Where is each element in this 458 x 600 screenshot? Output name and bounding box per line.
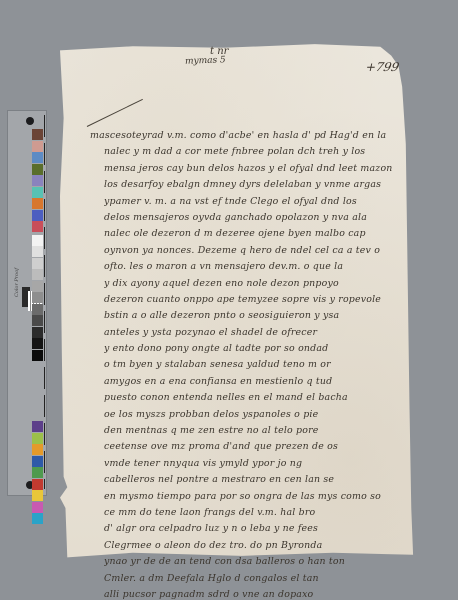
color-patch	[32, 490, 43, 501]
color-patch	[32, 129, 43, 140]
color-patch	[32, 152, 43, 163]
color-patch	[32, 164, 43, 175]
manuscript-line: anteles y ysta pozynao el shadel de ofre…	[104, 325, 424, 341]
manuscript-line: ypamer v. m. a na vst ef tnde Clego el o…	[104, 194, 424, 210]
color-patch	[32, 467, 43, 478]
manuscript-line: amygos en a ena confiansa en mestienlo q…	[104, 374, 424, 390]
manuscript-text: mascesoteyrad v.m. como d'acbe' en hasla…	[104, 128, 424, 600]
color-patch	[32, 513, 43, 524]
color-patch	[32, 338, 43, 349]
manuscript-line: oynvon ya nonces. Dezeme q hero de ndel …	[104, 243, 424, 259]
color-patch	[32, 350, 43, 361]
color-patch	[32, 221, 43, 232]
manuscript-line: vmde tener nnyqua vis ymyld ypor jo ng	[104, 456, 424, 472]
manuscript-line: d' algr ora celpadro luz y n o leba y ne…	[104, 521, 424, 537]
color-patch	[32, 444, 43, 455]
manuscript-line: nalec y m dad a cor mete fnbree polan dc…	[104, 144, 424, 160]
color-patch	[32, 433, 43, 444]
manuscript-line: cabelleros nel pontre a mestraro en cen …	[104, 472, 424, 488]
manuscript-line: Clegrmee o aleon do dez tro. do pn Byron…	[104, 538, 424, 554]
color-patch	[32, 421, 43, 432]
manuscript-line: los desarfoy ebalgn dmney dyrs delelaban…	[104, 177, 424, 193]
manuscript-line: nalec ole dezeron d m dezeree ojene byen…	[104, 226, 424, 242]
color-patch	[32, 258, 43, 269]
manuscript-line: mascesoteyrad v.m. como d'acbe' en hasla…	[90, 128, 424, 144]
color-patch	[32, 292, 43, 303]
manuscript-line: y ento dono pony ongte al tadte por so o…	[104, 341, 424, 357]
registration-dot-top	[26, 117, 34, 125]
manuscript-line: o tm byen y stalaban senesa yaldud teno …	[104, 357, 424, 373]
color-patch	[32, 175, 43, 186]
manuscript-line: puesto conon entenda nelles en el mand e…	[104, 390, 424, 406]
manuscript-line: ynao yr de de an tend con dsa balleros o…	[104, 554, 424, 570]
color-patch	[32, 456, 43, 467]
manuscript-line: den mentnas q me zen estre no al telo po…	[104, 423, 424, 439]
color-patch	[32, 246, 43, 257]
color-patch	[32, 235, 43, 246]
manuscript-line: mensa jeros cay bun delos hazos y el ofy…	[104, 161, 424, 177]
color-patch	[32, 141, 43, 152]
manuscript-line: alli pucsor pagnadm sdrd o vne an dopaxo	[104, 587, 424, 600]
color-patch	[32, 281, 43, 292]
calibration-ruler	[44, 115, 45, 489]
color-patch	[32, 187, 43, 198]
color-patch	[32, 198, 43, 209]
color-patch	[32, 315, 43, 326]
color-patch	[32, 269, 43, 280]
manuscript-line: ce mm do tene laon frangs del v.m. hal b…	[104, 505, 424, 521]
manuscript-line: bstin a o alle dezeron pnto o seosiguier…	[104, 308, 424, 324]
color-patch	[32, 479, 43, 490]
manuscript-line: delos mensajeros oyvda ganchado opolazon…	[104, 210, 424, 226]
color-patch	[32, 210, 43, 221]
manuscript-line: Cmler. a dm Deefala Hglo d congalos el t…	[104, 571, 424, 587]
color-calibration-target: Color Proof	[7, 110, 47, 496]
manuscript-line: dezeron cuanto onppo ape temyzee sopre v…	[104, 292, 424, 308]
manuscript-line: en mysmo tiempo para por so ongra de las…	[104, 489, 424, 505]
color-patch	[32, 304, 43, 315]
manuscript-line: ceetense ove mz proma d'and que prezen d…	[104, 439, 424, 455]
color-patch	[32, 327, 43, 338]
manuscript-line: y dix ayony aquel dezen eno nole dezon p…	[104, 276, 424, 292]
manuscript-line: ofto. les o maron a vn mensajero dev.m. …	[104, 259, 424, 275]
folio-number: +799	[365, 60, 401, 74]
header-note: mymas 5	[185, 55, 226, 66]
target-brand-label: Color Proof	[14, 268, 20, 297]
manuscript-line: oe los myszs probban delos yspanoles o p…	[104, 407, 424, 423]
color-patch	[32, 502, 43, 513]
